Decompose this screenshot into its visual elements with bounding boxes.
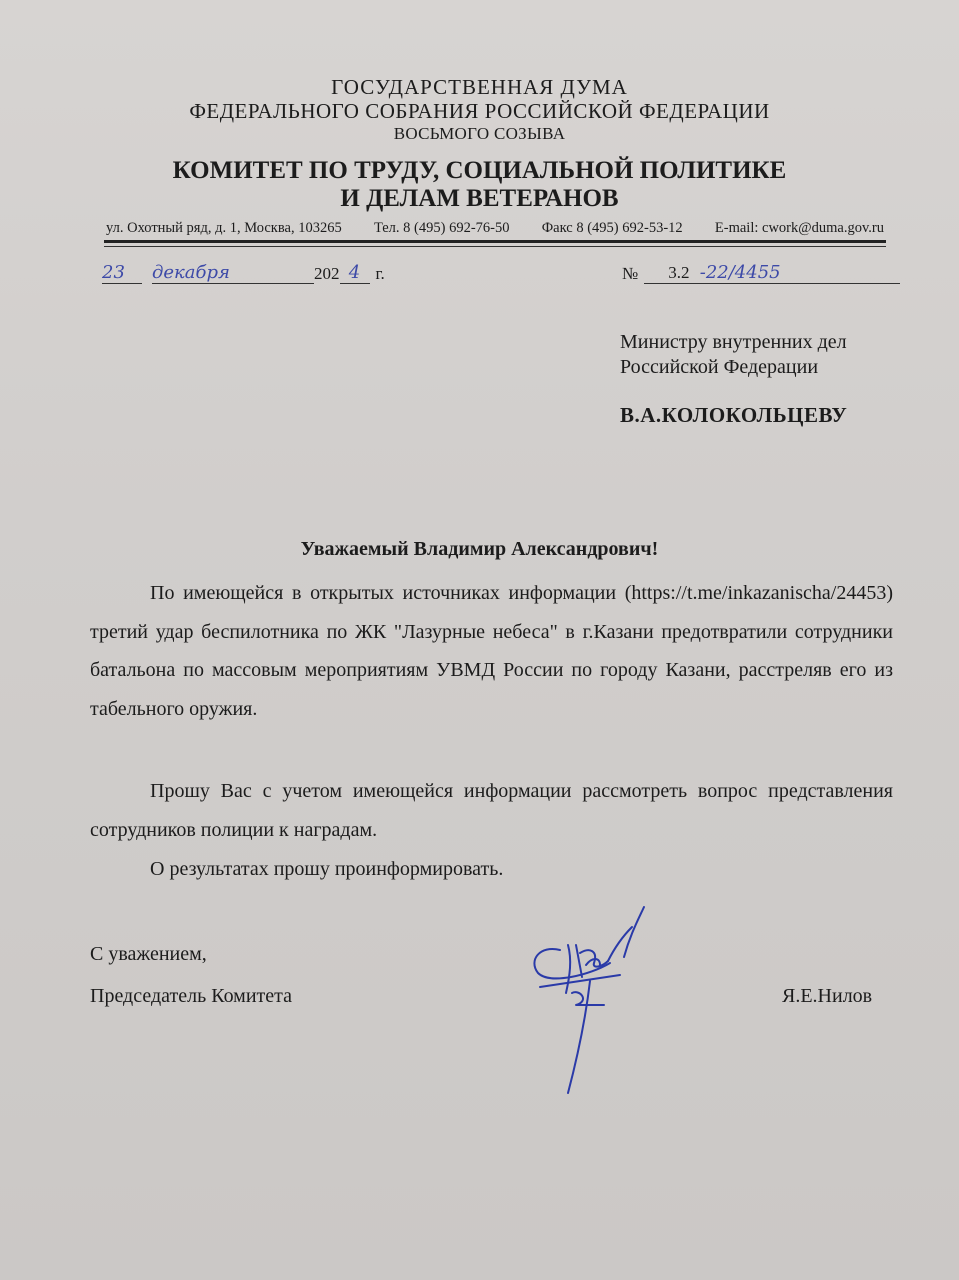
date-day: 23 <box>102 262 142 284</box>
addressee-country: Российской Федерации <box>620 355 847 380</box>
handwritten-signature-icon <box>520 905 660 1095</box>
addressee-block: Министру внутренних дел Российской Федер… <box>620 330 847 380</box>
reference-handwritten: -22/4455 <box>700 262 781 283</box>
paragraph-2: Прошу Вас с учетом имеющейся информации … <box>90 772 893 849</box>
signatory-position: Председатель Комитета <box>90 985 292 1008</box>
date-year-prefix: 202 <box>314 264 340 284</box>
date-month: декабря <box>152 262 314 284</box>
greeting: Уважаемый Владимир Александрович! <box>0 538 959 561</box>
reference-label: № <box>622 264 638 284</box>
addressee-name: В.А.КОЛОКОЛЬЦЕВУ <box>620 403 847 428</box>
date-suffix: г. <box>376 264 385 284</box>
letterhead-duma: ГОСУДАРСТВЕННАЯ ДУМА <box>0 75 959 100</box>
letterhead-convocation: ВОСЬМОГО СОЗЫВА <box>0 124 959 144</box>
paragraph-3: О результатах прошу проинформировать. <box>90 850 893 889</box>
address: ул. Охотный ряд, д. 1, Москва, 103265 <box>106 220 342 237</box>
committee-title-line2: И ДЕЛАМ ВЕТЕРАНОВ <box>0 185 959 213</box>
closing-regards: С уважением, <box>90 943 207 966</box>
reference-printed: 3.2 <box>668 263 689 282</box>
date-year-suffix: 4 <box>340 262 370 284</box>
phone: Тел. 8 (495) 692-76-50 <box>374 220 510 237</box>
addressee-title: Министру внутренних дел <box>620 330 847 355</box>
contacts-bar: ул. Охотный ряд, д. 1, Москва, 103265 Те… <box>106 220 884 237</box>
letterhead-rule-thin <box>104 246 886 247</box>
reference-number: № 3.2 -22/4455 <box>622 262 900 284</box>
email: E-mail: cwork@duma.gov.ru <box>715 220 884 237</box>
reference-value: 3.2 -22/4455 <box>644 262 900 284</box>
letterhead-federal-assembly: ФЕДЕРАЛЬНОГО СОБРАНИЯ РОССИЙСКОЙ ФЕДЕРАЦ… <box>0 99 959 124</box>
committee-title-line1: КОМИТЕТ ПО ТРУДУ, СОЦИАЛЬНОЙ ПОЛИТИКЕ <box>0 157 959 185</box>
letter-date: 23 декабря 202 4 г. <box>102 262 385 284</box>
signatory-name: Я.Е.Нилов <box>782 985 872 1008</box>
paragraph-1: По имеющейся в открытых источниках инфор… <box>90 574 893 728</box>
fax: Факс 8 (495) 692-53-12 <box>542 220 683 237</box>
letterhead-rule-thick <box>104 240 886 243</box>
letter-page: ГОСУДАРСТВЕННАЯ ДУМА ФЕДЕРАЛЬНОГО СОБРАН… <box>0 0 959 1280</box>
